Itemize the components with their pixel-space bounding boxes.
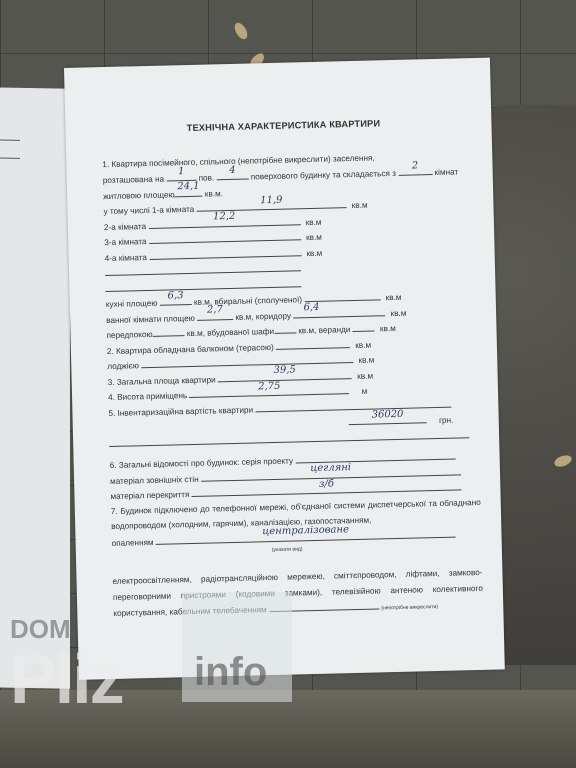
living-area-label: житловою площею [103,190,175,201]
bathroom-label: ванної кімнати площею [106,313,195,324]
room3-label: 3-а кімната [104,237,146,247]
room2-field[interactable]: 12,2 [148,214,300,229]
floors-material-value: з/б [319,476,334,492]
room2-value: 12,2 [213,209,236,225]
total-area-label: 3. Загальна площа квартири [108,375,216,387]
unit-label: кв.м [355,340,371,349]
unit-label: кв.м [352,201,368,210]
veranda-label: кв.м, веранди [298,325,350,335]
hall-label: передпокою [106,330,152,340]
left-page-line [0,157,20,159]
room4-field[interactable] [149,245,301,260]
unit-label: м [362,387,368,396]
walls-label: матеріал зовнішніх стін [110,474,199,485]
inventory-value-label: 5. Інвентаризаційна вартість квартири [108,405,253,418]
kitchen-field[interactable]: 6,3 [160,294,192,306]
height-value: 2,75 [258,378,281,394]
ground-background [0,690,576,768]
document-page: ТЕХНІЧНА ХАРАКТЕРИСТИКА КВАРТИРИ 1. Квар… [64,58,505,680]
unit-label: кв.м [385,293,401,302]
unit-label: кв.м [358,356,374,365]
heating-label: опаленням [112,537,154,547]
room1-label: у тому числі 1-а кімната [103,205,194,216]
unit-label: кв.м [390,308,406,317]
left-page-line [0,139,20,141]
rooms-value: 2 [412,158,419,174]
floor-label: пов. [199,173,215,182]
unit-label: кв.м [306,248,322,257]
services-text: електроосвітленням, радіотрансляційною м… [112,565,483,624]
located-label: розташована на [103,175,165,185]
wardrobe-field[interactable] [274,322,296,334]
bathroom-value: 2,7 [207,302,223,318]
corridor-field[interactable]: 6,4 [293,305,385,318]
unit-label: кв.м [306,233,322,242]
wardrobe-label: кв.м, вбудованої шафи [187,327,274,338]
total-area-field[interactable]: 39,5 [218,368,352,382]
veranda-field[interactable] [353,320,375,332]
cross-out-hint: (непотрібне викреслити) [381,604,438,611]
loggia-label: лоджією [107,361,139,371]
unit-label: кв.м [380,324,396,333]
hall-field[interactable] [152,325,184,337]
unit-label: кв.м [306,217,322,226]
kitchen-value: 6,3 [167,288,183,304]
building-label: поверхового будинку та складається з [251,169,396,182]
room2-label: 2-а кімната [104,222,146,232]
heating-value: централізоване [262,522,349,540]
unit-label: кв.м [357,371,373,380]
floors-material-label: матеріал перекриття [110,490,189,501]
rooms-field[interactable]: 2 [398,164,432,176]
total-area-value: 39,5 [273,362,296,378]
corridor-label: кв.м, коридору [235,311,291,321]
room3-field[interactable] [149,229,301,244]
inventory-value-field[interactable]: 36020 [349,412,427,425]
room4-label: 4-а кімната [105,253,147,263]
cable-tv-field[interactable] [269,598,379,612]
walls-value: цегляні [310,460,351,476]
bathroom-field[interactable]: 2,7 [197,308,233,320]
left-page [0,87,70,688]
unit-label: кв.м. [205,189,223,198]
living-area-value: 24,1 [177,179,200,195]
rooms-label: кімнат [434,167,458,177]
corridor-value: 6,4 [303,300,319,316]
balcony-field[interactable] [276,337,350,350]
storeys-field[interactable]: 4 [216,169,248,181]
currency-label: грн. [439,416,454,425]
floor-value: 1 [178,164,185,180]
page-title: ТЕХНІЧНА ХАРАКТЕРИСТИКА КВАРТИРИ [95,114,471,139]
storeys-value: 4 [229,162,236,178]
kitchen-label: кухні площею [106,299,158,309]
inventory-value: 36020 [371,406,403,422]
room1-value: 11,9 [260,192,283,208]
living-area-field[interactable]: 24,1 [174,185,202,197]
height-label: 4. Висота приміщень [108,391,187,402]
